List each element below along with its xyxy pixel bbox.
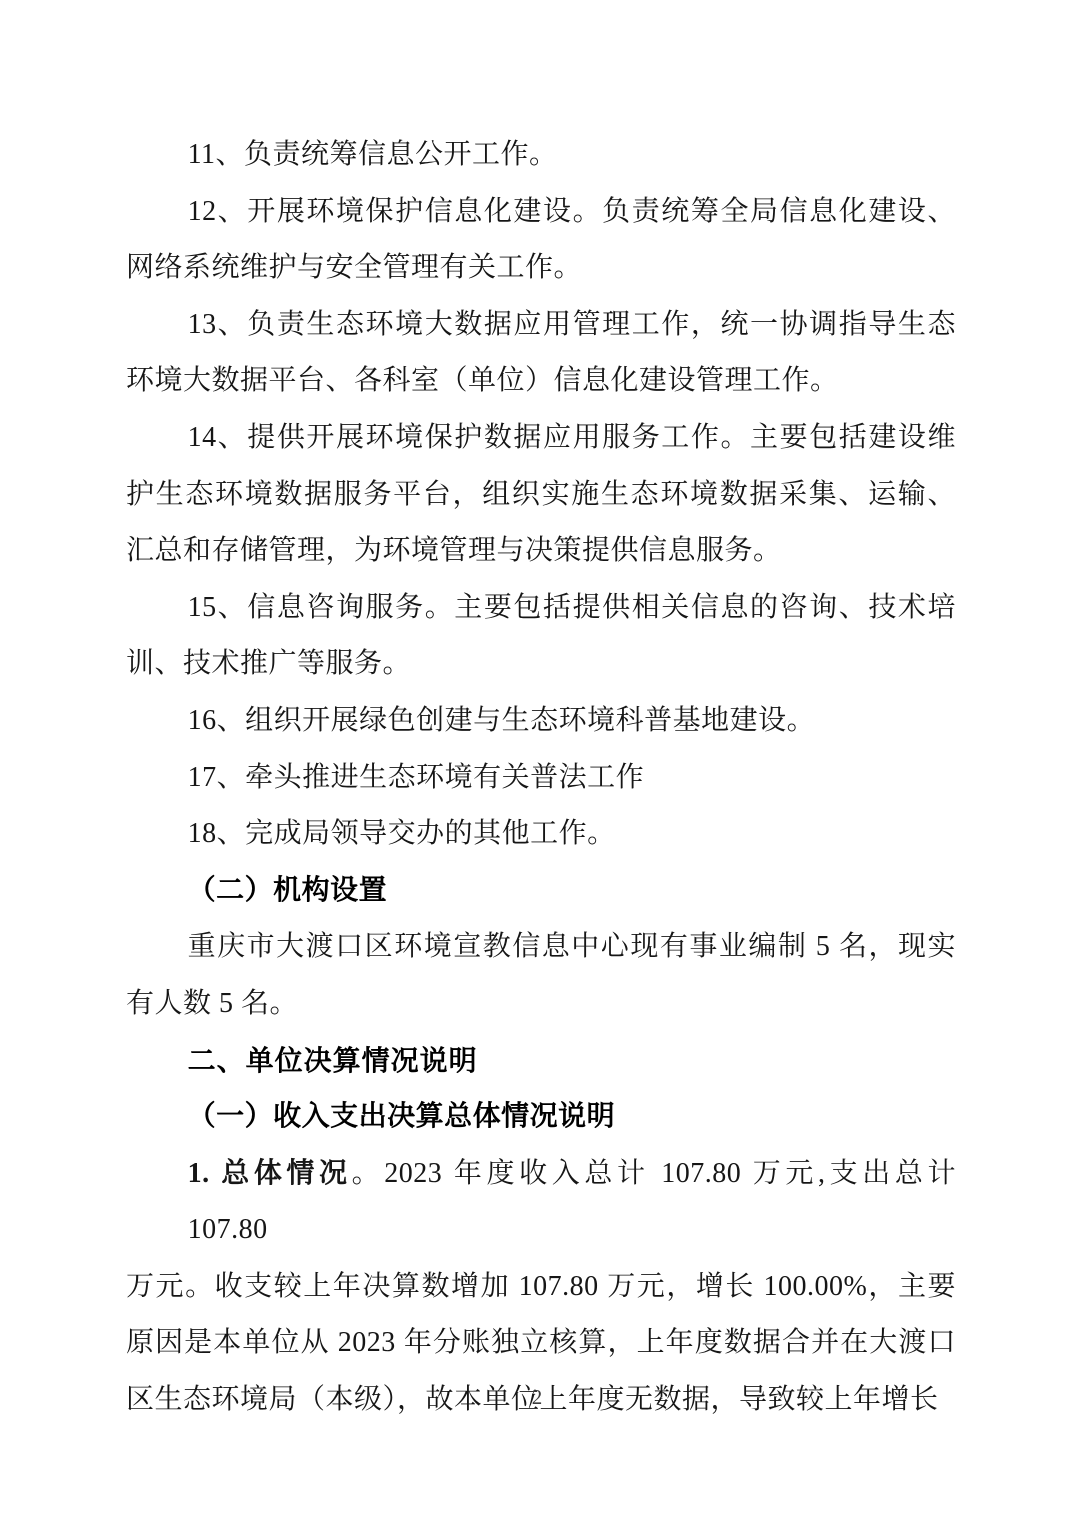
paragraph: 13、负责生态环境大数据应用管理工作，统一协调指导生态环境大数据平台、各科室（单… — [126, 297, 956, 410]
text-line: 二、单位决算情况说明 — [126, 1033, 956, 1090]
line-text: 有人数 5 名。 — [126, 988, 298, 1019]
line-text: 环境大数据平台、各科室（单位）信息化建设管理工作。 — [126, 365, 839, 396]
text-line: 1. 总体情况。2023 年度收入总计 107.80 万元,支出总计 107.8… — [126, 1146, 956, 1259]
line-text: 15、信息咨询服务。主要包括提供相关信息的咨询、技术培 — [188, 592, 956, 623]
text-line: 15、信息咨询服务。主要包括提供相关信息的咨询、技术培 — [126, 580, 956, 637]
line-text: 训、技术推广等服务。 — [126, 648, 411, 679]
paragraph: 重庆市大渡口区环境宣教信息中心现有事业编制 5 名，现实有人数 5 名。 — [126, 919, 956, 1032]
bold-lead-text: 1. 总体情况 — [188, 1158, 352, 1189]
text-line: 环境大数据平台、各科室（单位）信息化建设管理工作。 — [126, 353, 956, 410]
line-text: 12、开展环境保护信息化建设。负责统筹全局信息化建设、 — [188, 196, 956, 227]
line-text: 汇总和存储管理，为环境管理与决策提供信息服务。 — [126, 535, 782, 566]
text-line: 16、组织开展绿色创建与生态环境科普基地建设。 — [126, 693, 956, 750]
text-line: 重庆市大渡口区环境宣教信息中心现有事业编制 5 名，现实 — [126, 919, 956, 976]
line-text: 原因是本单位从 2023 年分账独立核算，上年度数据合并在大渡口 — [126, 1327, 956, 1358]
text-line: 原因是本单位从 2023 年分账独立核算，上年度数据合并在大渡口 — [126, 1315, 956, 1372]
line-text: 13、负责生态环境大数据应用管理工作，统一协调指导生态 — [188, 309, 956, 340]
text-line: 汇总和存储管理，为环境管理与决策提供信息服务。 — [126, 523, 956, 580]
line-text: 18、完成局领导交办的其他工作。 — [188, 818, 616, 849]
paragraph: 15、信息咨询服务。主要包括提供相关信息的咨询、技术培训、技术推广等服务。 — [126, 580, 956, 693]
paragraph: 14、提供开展环境保护数据应用服务工作。主要包括建设维护生态环境数据服务平台，组… — [126, 410, 956, 580]
line-text: 重庆市大渡口区环境宣教信息中心现有事业编制 5 名，现实 — [188, 931, 956, 962]
section-heading: （一）收入支出决算总体情况说明 — [126, 1089, 956, 1146]
paragraph: 17、牵头推进生态环境有关普法工作 — [126, 750, 956, 807]
line-text: 11、负责统筹信息公开工作。 — [188, 139, 558, 170]
line-text: 17、牵头推进生态环境有关普法工作 — [188, 762, 645, 793]
line-text: （二）机构设置 — [188, 875, 388, 906]
text-line: 13、负责生态环境大数据应用管理工作，统一协调指导生态 — [126, 297, 956, 354]
page-number: 2 — [0, 1383, 1074, 1411]
text-line: 18、完成局领导交办的其他工作。 — [126, 806, 956, 863]
text-line: 11、负责统筹信息公开工作。 — [126, 127, 956, 184]
text-line: 护生态环境数据服务平台，组织实施生态环境数据采集、运输、 — [126, 467, 956, 524]
text-line: 网络系统维护与安全管理有关工作。 — [126, 240, 956, 297]
text-line: （一）收入支出决算总体情况说明 — [126, 1089, 956, 1146]
line-text: 网络系统维护与安全管理有关工作。 — [126, 252, 582, 283]
line-text: （一）收入支出决算总体情况说明 — [188, 1101, 616, 1132]
section-heading: （二）机构设置 — [126, 863, 956, 920]
paragraph: 11、负责统筹信息公开工作。 — [126, 127, 956, 184]
line-text: 护生态环境数据服务平台，组织实施生态环境数据采集、运输、 — [126, 479, 956, 510]
line-text: 万元。收支较上年决算数增加 107.80 万元，增长 100.00%，主要 — [126, 1271, 956, 1302]
document-body: 11、负责统筹信息公开工作。12、开展环境保护信息化建设。负责统筹全局信息化建设… — [126, 127, 956, 1429]
line-text: 二、单位决算情况说明 — [188, 1045, 478, 1076]
text-line: 有人数 5 名。 — [126, 976, 956, 1033]
section-heading: 二、单位决算情况说明 — [126, 1033, 956, 1090]
line-text: 16、组织开展绿色创建与生态环境科普基地建设。 — [188, 705, 816, 736]
paragraph: 16、组织开展绿色创建与生态环境科普基地建设。 — [126, 693, 956, 750]
document-page: 11、负责统筹信息公开工作。12、开展环境保护信息化建设。负责统筹全局信息化建设… — [0, 0, 1074, 1520]
text-line: 训、技术推广等服务。 — [126, 636, 956, 693]
paragraph: 18、完成局领导交办的其他工作。 — [126, 806, 956, 863]
text-line: （二）机构设置 — [126, 863, 956, 920]
text-line: 17、牵头推进生态环境有关普法工作 — [126, 750, 956, 807]
text-line: 14、提供开展环境保护数据应用服务工作。主要包括建设维 — [126, 410, 956, 467]
paragraph: 12、开展环境保护信息化建设。负责统筹全局信息化建设、网络系统维护与安全管理有关… — [126, 184, 956, 297]
line-text: 14、提供开展环境保护数据应用服务工作。主要包括建设维 — [188, 422, 956, 453]
text-line: 12、开展环境保护信息化建设。负责统筹全局信息化建设、 — [126, 184, 956, 241]
text-line: 万元。收支较上年决算数增加 107.80 万元，增长 100.00%，主要 — [126, 1259, 956, 1316]
